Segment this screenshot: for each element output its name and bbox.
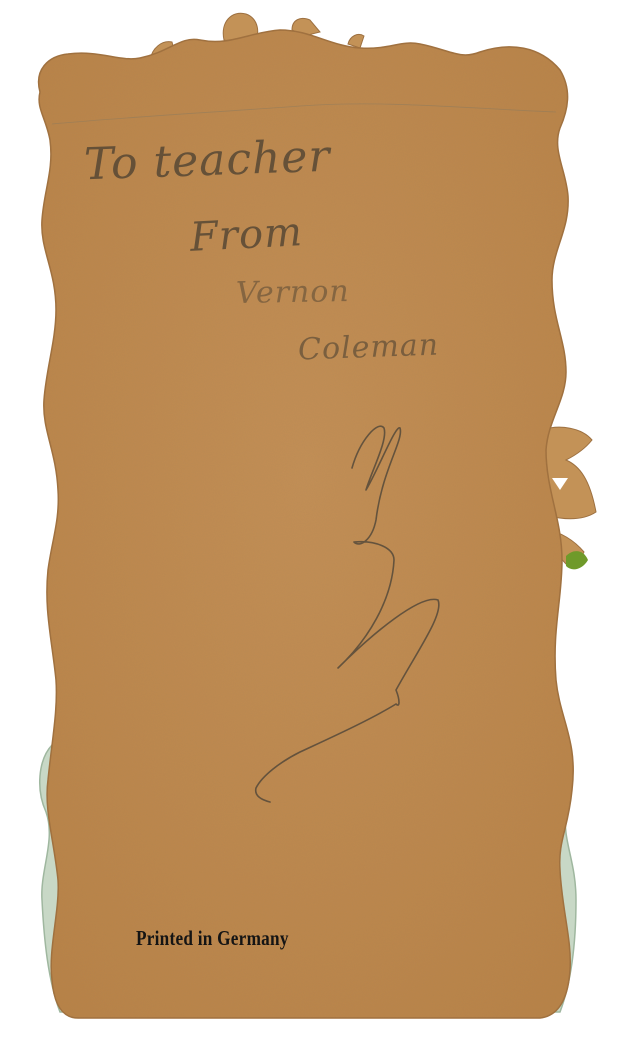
handwriting-line-to-teacher: To teacher [83, 131, 331, 191]
handwriting-line-from: From [189, 209, 304, 261]
handwriting-line-first-name: Vernon [236, 274, 350, 311]
handwriting-line-last-name: Coleman [297, 328, 439, 368]
printed-in-germany-imprint: Printed in Germany [136, 926, 289, 951]
